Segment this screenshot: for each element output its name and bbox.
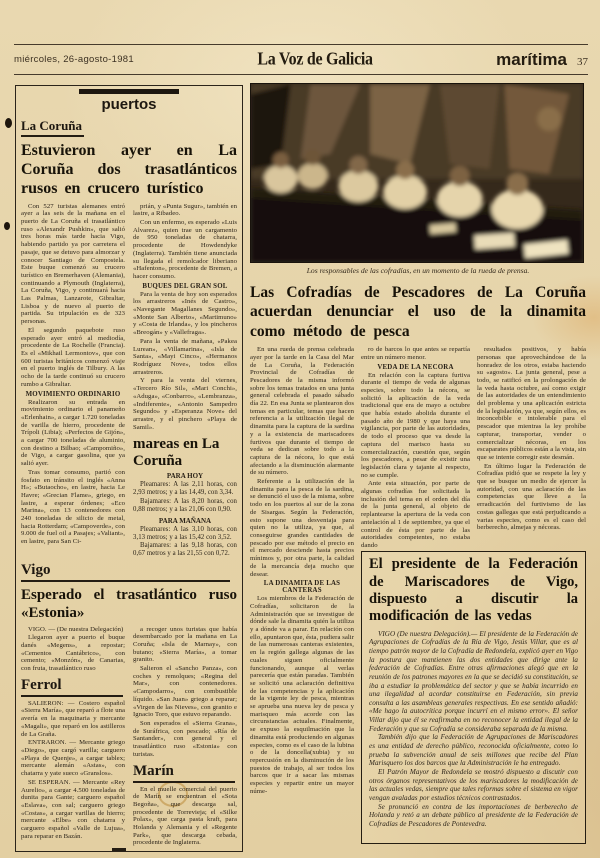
scan-blemish [5, 118, 12, 128]
cofradias-headline: Las Cofradías de Pescadores de La Coruña… [250, 283, 586, 341]
body-paragraph: Realizaron su entrada en movimiento ordi… [21, 399, 125, 468]
body-paragraph: Tras tomar consumo, partió con fosfato e… [21, 469, 125, 546]
body-paragraph: Referente a la utilización de la dinamit… [250, 478, 354, 578]
body-paragraph: ro de barcos lo que antes se repartía en… [361, 346, 470, 361]
cofradias-col-1: En una rueda de prensa celebrada ayer po… [250, 346, 354, 844]
vigo-headline: Esperado el trasatlántico ruso «Estonia» [21, 586, 237, 622]
section-label-marin: Marín [133, 763, 235, 783]
cofradias-body: En una rueda de prensa celebrada ayer po… [250, 346, 586, 844]
tide-entry: Bajamares: A las 8,20 horas, con 0,88 me… [133, 498, 237, 514]
subhead-dinamita: LA DINAMITA DE LAS CANTERAS [250, 580, 354, 594]
tides-today: PARA HOY Pleamares: A las 2,11 horas, co… [133, 472, 237, 558]
tide-entry: Pleamares: A las 2,11 horas, con 2,93 me… [133, 481, 237, 497]
subhead-movimiento: MOVIMIENTO ORDINARIO [21, 391, 125, 398]
tide-label-tomorrow: PARA MAÑANA [133, 517, 237, 525]
body-paragraph: Ante esta situación, por parte de alguna… [361, 480, 470, 547]
body-paragraph: En relación con la captura furtiva duran… [361, 372, 470, 480]
subhead-buques: BUQUES DEL GRAN SOL [133, 283, 237, 290]
section-label-coruna: La Coruña [21, 118, 84, 137]
vigo-columns: VIGO. — (De nuestra Delegación) Llegaron… [21, 626, 237, 849]
body-paragraph: Salieron el «Sancho Panza», con coches y… [133, 665, 237, 719]
puertos-label: puertos [69, 96, 189, 113]
body-paragraph: VIGO (De nuestra Delegación).— El presid… [369, 630, 578, 734]
body-paragraph: resultados positivos, y había personas q… [477, 346, 586, 462]
subhead-veda: VEDA DE LA NECORA [361, 364, 470, 371]
cofradias-col-3: resultados positivos, y había personas q… [477, 346, 586, 547]
boxed-article-headline: El presidente de la Federación de Marisc… [369, 556, 578, 626]
coruna-col-1: Con 527 turistas alemanes entró ayer a l… [21, 203, 125, 559]
mareas-title: mareas en La Coruña [133, 436, 237, 469]
section-title: marítima [496, 50, 567, 70]
body-paragraph: Se pronunció en contra de las importacio… [369, 803, 578, 829]
body-paragraph: a recoger unos turistas que había desemb… [133, 626, 237, 665]
tide-entry: Pleamares: A las 3,10 horas, con 3,13 me… [133, 526, 237, 542]
body-paragraph: Para la venta de hoy son esperados los a… [133, 291, 237, 337]
cofradias-right: ro de barcos lo que antes se repartía en… [361, 346, 586, 844]
body-paragraph: SE ESPERAN. — Mercante «Rey Aurelio», a … [21, 779, 125, 841]
coruna-col-2: prián, y «Punta Sugur», también en lastr… [133, 203, 237, 559]
cofradias-cols-2-3: ro de barcos lo que antes se repartía en… [361, 346, 586, 547]
body-paragraph: En una rueda de prensa celebrada ayer po… [250, 346, 354, 477]
puertos-bar [79, 89, 179, 94]
coruna-columns: Con 527 turistas alemanes entró ayer a l… [21, 203, 237, 559]
body-paragraph: Los miembros de la Federación de Cofradí… [250, 595, 354, 795]
body-paragraph: Para la venta de mañana, «Pakea Lurean»,… [133, 338, 237, 377]
vigo-col-2: a recoger unos turistas que había desemb… [133, 626, 237, 849]
body-paragraph: Son esperados el «Sierra Grana», de Surá… [133, 720, 237, 759]
photo-illustration [251, 84, 583, 262]
tide-entry: Bajamares: a las 9,18 horas, con 0,67 me… [133, 542, 237, 558]
body-paragraph: También dijo que la Federación de Agrupa… [369, 733, 578, 768]
section-label-vigo: Vigo [21, 562, 230, 582]
photo-caption: Los responsables de las cofradías, en un… [252, 266, 584, 275]
body-paragraph: El segundo paquebote ruso esperado ayer … [21, 327, 125, 389]
body-paragraph: ENTRARON. — Mercante griego «Diego», que… [21, 739, 125, 778]
vigo-col-1: VIGO. — (De nuestra Delegación) Llegaron… [21, 626, 125, 849]
body-paragraph: Llegaron ayer a puerto el buque danés «M… [21, 634, 125, 673]
edition-date: miércoles, 26-agosto-1981 [14, 54, 134, 65]
body-paragraph: En el muelle comercial del puerto de Mar… [133, 786, 237, 848]
page-number: 37 [577, 56, 588, 68]
tide-label-today: PARA HOY [133, 472, 237, 480]
body-paragraph: SALIERON: — Costero español «Sierra Marí… [21, 700, 125, 739]
press-conference-photo [250, 83, 584, 263]
page-header: miércoles, 26-agosto-1981 La Voz de Gali… [14, 44, 588, 75]
boxed-article: El presidente de la Federación de Marisc… [361, 551, 586, 844]
body-paragraph: prián, y «Punta Sugur», también en lastr… [133, 203, 237, 218]
main-article-area: Los responsables de las cofradías, en un… [250, 83, 586, 844]
body-paragraph: Con un enfermo, es esperado «Luis Alvare… [133, 219, 237, 281]
body-paragraph: En último lugar la Federación de Cofradí… [477, 463, 586, 532]
body-paragraph: El Patrón Mayor de Redondela se mostró d… [369, 768, 578, 803]
masthead: La Voz de Galicia [257, 50, 372, 70]
cofradias-col-2: ro de barcos lo que antes se repartía en… [361, 346, 470, 547]
section-label-ferrol: Ferrol [21, 677, 123, 697]
puertos-box: puertos La Coruña Estuvieron ayer en La … [15, 85, 243, 852]
body-paragraph: Y para la venta del viernes, «Tercero Rí… [133, 377, 237, 431]
body-paragraph: VIGO. — (De nuestra Delegación) [21, 626, 125, 634]
newspaper-page: miércoles, 26-agosto-1981 La Voz de Gali… [0, 0, 600, 858]
puertos-tab: puertos [69, 89, 189, 113]
scan-blemish [4, 222, 10, 230]
body-paragraph: Con 527 turistas alemanes entró ayer a l… [21, 203, 125, 326]
coruna-headline: Estuvieron ayer en La Coruña dos trasatl… [21, 142, 237, 199]
